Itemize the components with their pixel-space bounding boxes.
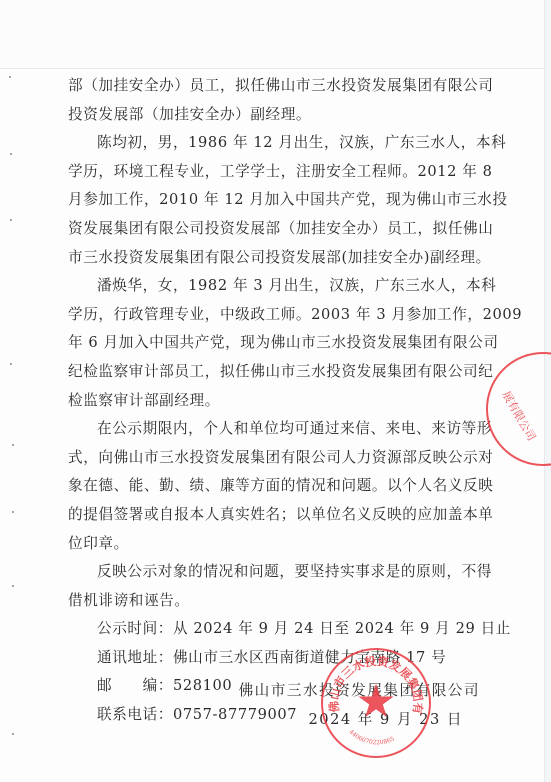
- text-line: 象在德、能、勤、绩、廉等方面的情况和问题。以个人名义反映: [68, 472, 454, 501]
- text-line: 学历，环境工程专业，工学学士，注册安全工程师。2012 年 8: [68, 158, 454, 187]
- period-value: 从 2024 年 9 月 24 日至 2024 年 9 月 29 日止: [173, 620, 511, 637]
- scan-speck: [12, 585, 14, 587]
- text-line: 检监察审计部副经理。: [68, 387, 454, 416]
- paragraph-candidate-pan: 潘焕华，女，1982 年 3 月出生，汉族，广东三水人，本科 学历，行政管理专业…: [68, 272, 454, 415]
- document-body: 部（加挂安全办）员工，拟任佛山市三水投资发展集团有限公司 投资发展部（加挂安全办…: [68, 72, 454, 730]
- text-line: 月参加工作，2010 年 12 月加入中国共产党，现为佛山市三水投: [68, 186, 454, 215]
- svg-text:佛山市三水投资发展集团有限公司: 佛山市三水投资发展集团有限公司: [323, 650, 425, 715]
- text-line: 学历，行政管理专业，中级政工师。2003 年 3 月参加工作，2009: [68, 301, 454, 330]
- top-margin: [0, 0, 551, 69]
- scan-speck: [12, 733, 14, 735]
- scan-speck: [12, 444, 14, 446]
- text-line: 潘焕华，女，1982 年 3 月出生，汉族，广东三水人，本科: [68, 272, 454, 301]
- text-line: 在公示期限内，个人和单位均可通过来信、来电、来访等形: [68, 415, 454, 444]
- text-line: 陈均初，男，1986 年 12 月出生，汉族，广东三水人，本科: [68, 129, 454, 158]
- partial-seal-stamp: 展有限公司: [486, 352, 551, 466]
- paragraph-continued: 部（加挂安全办）员工，拟任佛山市三水投资发展集团有限公司 投资发展部（加挂安全办…: [68, 72, 454, 129]
- scan-speck: [12, 511, 14, 513]
- publicity-period: 公示时间：从 2024 年 9 月 24 日至 2024 年 9 月 29 日止: [68, 615, 454, 644]
- scan-speck: [10, 363, 12, 365]
- scan-speck: [9, 76, 11, 78]
- text-line: 资发展集团有限公司投资发展部（加挂安全办）员工，拟任佛山: [68, 215, 454, 244]
- svg-text:4406070220865: 4406070220865: [348, 728, 396, 746]
- text-line: 的提倡签署或自报本人真实姓名；以单位名义反映的应加盖本单: [68, 501, 454, 530]
- svg-text:展有限公司: 展有限公司: [499, 389, 538, 443]
- paragraph-candidate-chen: 陈均初，男，1986 年 12 月出生，汉族，广东三水人，本科 学历，环境工程专…: [68, 129, 454, 272]
- text-line: 年 6 月加入中国共产党，现为佛山市三水投资发展集团有限公司: [68, 329, 454, 358]
- scan-speck: [10, 219, 12, 221]
- text-line: 反映公示对象的情况和问题，要坚持实事求是的原则，不得: [68, 558, 454, 587]
- text-line: 借机诽谤和诬告。: [68, 587, 454, 616]
- text-line: 位印章。: [68, 530, 454, 559]
- address-label: 通讯地址：: [97, 649, 173, 666]
- official-seal-stamp: ★ 佛山市三水投资发展集团有限公司 4406070220865: [321, 648, 431, 758]
- text-line: 式，向佛山市三水投资发展集团有限公司人力资源部反映公示对: [68, 444, 454, 473]
- text-line: 投资发展部（加挂安全办）副经理。: [68, 101, 454, 130]
- text-line: 部（加挂安全办）员工，拟任佛山市三水投资发展集团有限公司: [68, 72, 454, 101]
- seal-text-arc: 展有限公司: [488, 354, 551, 464]
- paragraph-feedback-method: 在公示期限内，个人和单位均可通过来信、来电、来访等形 式，向佛山市三水投资发展集…: [68, 415, 454, 558]
- period-label: 公示时间：: [97, 620, 173, 637]
- scan-speck: [10, 153, 12, 155]
- paragraph-principle: 反映公示对象的情况和问题，要坚持实事求是的原则，不得 借机诽谤和诬告。: [68, 558, 454, 615]
- text-line: 纪检监察审计部员工，拟任佛山市三水投资发展集团有限公司纪: [68, 358, 454, 387]
- text-line: 市三水投资发展集团有限公司投资发展部(加挂安全办)副经理。: [68, 244, 454, 273]
- seal-text-arc: 佛山市三水投资发展集团有限公司 4406070220865: [323, 650, 429, 756]
